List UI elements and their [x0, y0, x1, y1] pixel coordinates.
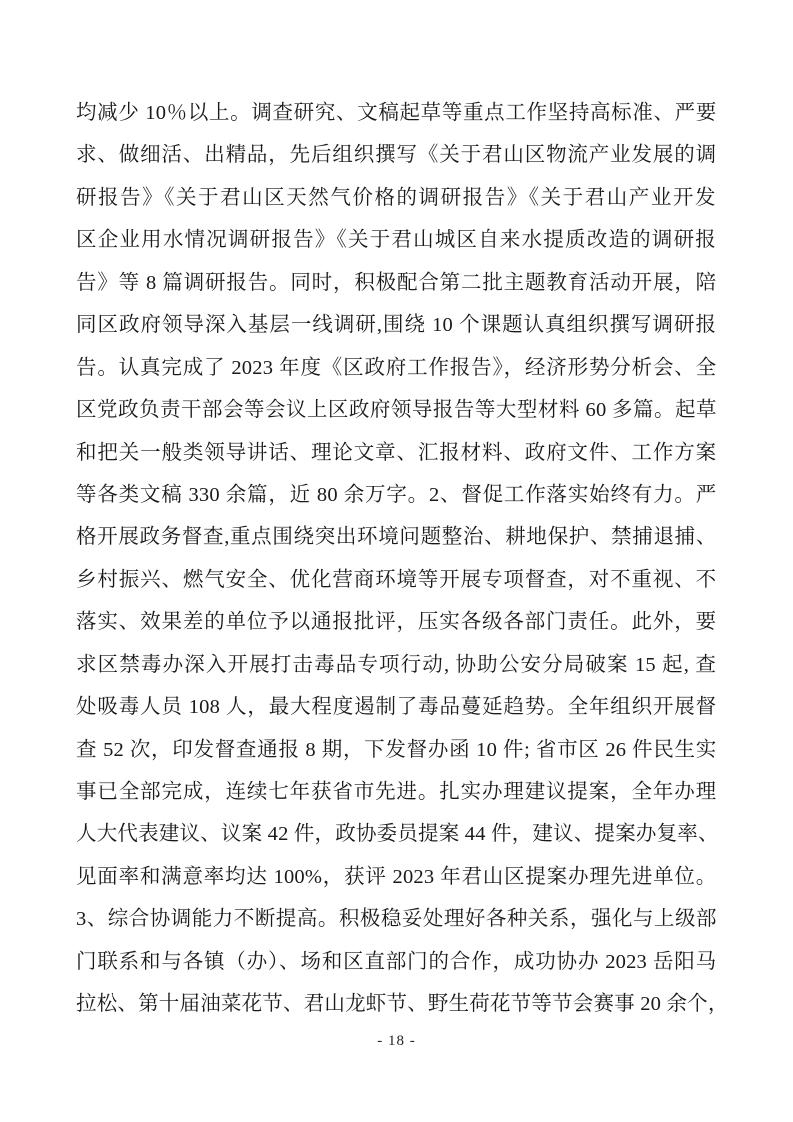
text-line: 求、做细活、出精品，先后组织撰写《关于君山区物流产业发展的调	[76, 134, 717, 176]
text-line: 落实、效果差的单位予以通报批评，压实各级各部门责任。此外，要	[76, 601, 717, 643]
text-line: 3、综合协调能力不断提高。积极稳妥处理好各种关系，强化与上级部	[76, 898, 717, 940]
text-line: 求区禁毒办深入开展打击毒品专项行动, 协助公安分局破案 15 起, 查	[76, 644, 717, 686]
document-page: 均减少 10％以上。调查研究、文稿起草等重点工作坚持高标准、严要 求、做细活、出…	[0, 0, 793, 1122]
text-line: 格开展政务督查,重点围绕突出环境问题整治、耕地保护、禁捕退捕、	[76, 516, 717, 558]
text-line: 事已全部完成，连续七年获省市先进。扎实办理建议提案，全年办理	[76, 771, 717, 813]
text-line: 告。认真完成了 2023 年度《区政府工作报告》，经济形势分析会、全	[76, 347, 717, 389]
text-line: 均减少 10％以上。调查研究、文稿起草等重点工作坚持高标准、严要	[76, 92, 717, 134]
text-line: 处吸毒人员 108 人，最大程度遏制了毒品蔓延趋势。全年组织开展督	[76, 686, 717, 728]
text-line: 等各类文稿 330 余篇，近 80 余万字。2、督促工作落实始终有力。严	[76, 474, 717, 516]
text-line: 拉松、第十届油菜花节、君山龙虾节、野生荷花节等节会赛事 20 余个，	[76, 983, 717, 1025]
text-line: 门联系和与各镇（办）、场和区直部门的合作，成功协办 2023 岳阳马	[76, 941, 717, 983]
text-line: 区党政负责干部会等会议上区政府领导报告等大型材料 60 多篇。起草	[76, 389, 717, 431]
text-line: 研报告》《关于君山区天然气价格的调研报告》《关于君山产业开发	[76, 177, 717, 219]
page-footer: - 18 -	[0, 1030, 793, 1052]
text-line: 人大代表建议、议案 42 件，政协委员提案 44 件，建议、提案办复率、	[76, 813, 717, 855]
text-line: 见面率和满意率均达 100%，获评 2023 年君山区提案办理先进单位。	[76, 856, 717, 898]
text-line: 同区政府领导深入基层一线调研,围绕 10 个课题认真组织撰写调研报	[76, 304, 717, 346]
text-line: 查 52 次，印发督查通报 8 期，下发督办函 10 件; 省市区 26 件民生…	[76, 729, 717, 771]
text-line: 告》等 8 篇调研报告。同时，积极配合第二批主题教育活动开展，陪	[76, 262, 717, 304]
text-line: 和把关一般类领导讲话、理论文章、汇报材料、政府文件、工作方案	[76, 432, 717, 474]
page-number: - 18 -	[377, 1033, 416, 1049]
document-body: 均减少 10％以上。调查研究、文稿起草等重点工作坚持高标准、严要 求、做细活、出…	[76, 92, 717, 1026]
text-line: 乡村振兴、燃气安全、优化营商环境等开展专项督查，对不重视、不	[76, 559, 717, 601]
text-line: 区企业用水情况调研报告》《关于君山城区自来水提质改造的调研报	[76, 219, 717, 261]
